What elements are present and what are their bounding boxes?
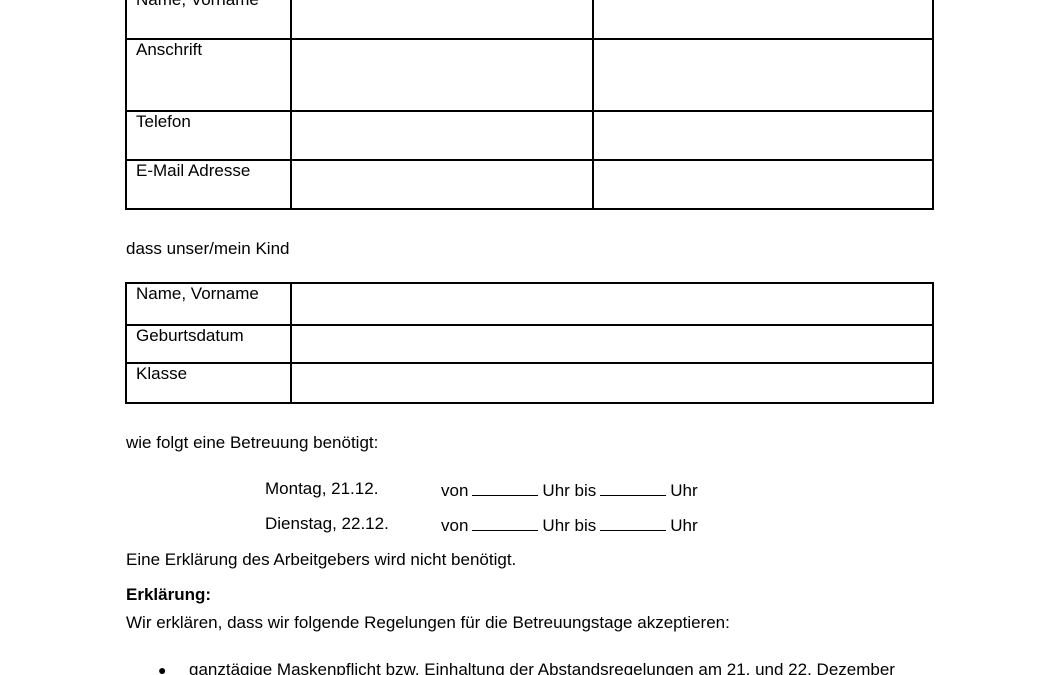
to-time-field[interactable] [600,479,666,496]
end-label: Uhr [670,516,697,535]
phone-field-1[interactable] [291,111,593,160]
parent-name-label: Name, Vorname [126,0,291,39]
email-field-2[interactable] [593,160,933,209]
child-name-label: Name, Vorname [126,283,291,325]
from-time-field[interactable] [472,479,538,496]
from-label: von [441,516,468,535]
declaration-item: ganztägige Maskenpflicht bzw. Einhaltung… [189,660,895,675]
class-label: Klasse [126,363,291,403]
parent-info-table: Name, Vorname Anschrift Telefon E-Mail A… [125,0,934,210]
child-info-table: Name, Vorname Geburtsdatum Klasse [125,282,934,404]
schedule-times: vonUhr bisUhr [441,514,698,536]
mid-label: Uhr bis [542,481,596,500]
phone-field-2[interactable] [593,111,933,160]
parent-name-field-2[interactable] [593,0,933,39]
address-field-2[interactable] [593,39,933,111]
schedule-day: Dienstag, 22.12. [265,514,389,534]
child-name-field[interactable] [291,283,933,325]
end-label: Uhr [670,481,697,500]
email-field-1[interactable] [291,160,593,209]
schedule-day: Montag, 21.12. [265,479,378,499]
from-time-field[interactable] [472,514,538,531]
mid-label: Uhr bis [542,516,596,535]
birthdate-label: Geburtsdatum [126,325,291,363]
birthdate-field[interactable] [291,325,933,363]
declaration-text: Wir erklären, dass wir folgende Regelung… [126,613,730,633]
employer-note: Eine Erklärung des Arbeitgebers wird nic… [126,550,516,570]
bullet-icon: ● [158,662,166,675]
from-label: von [441,481,468,500]
email-label: E-Mail Adresse [126,160,291,209]
schedule-times: vonUhr bisUhr [441,479,698,501]
care-intro-text: wie folgt eine Betreuung benötigt: [126,433,378,453]
child-intro-text: dass unser/mein Kind [126,239,289,259]
class-field[interactable] [291,363,933,403]
parent-name-field-1[interactable] [291,0,593,39]
address-field-1[interactable] [291,39,593,111]
to-time-field[interactable] [600,514,666,531]
declaration-heading: Erklärung: [126,585,211,605]
address-label: Anschrift [126,39,291,111]
phone-label: Telefon [126,111,291,160]
